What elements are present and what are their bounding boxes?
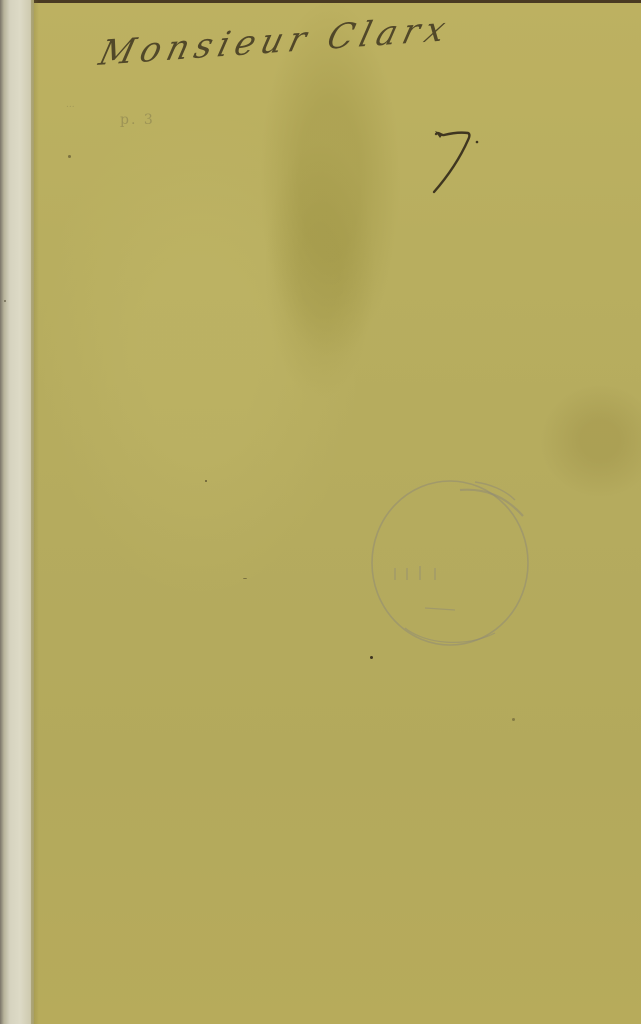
spine-strip [0, 0, 34, 1024]
paper-speck [4, 300, 6, 302]
paper-speck [68, 155, 71, 158]
paper-speck [205, 480, 207, 482]
page-background [0, 0, 641, 1024]
paper-speck [512, 718, 515, 721]
pencil-page-note: p. 3 [120, 112, 155, 128]
handwritten-volume-number: 7. [430, 118, 490, 198]
library-stamp [365, 468, 535, 653]
paper-speck [370, 656, 373, 659]
pencil-mark: ... [66, 100, 75, 110]
spine-shadow [31, 0, 39, 1024]
top-edge [0, 0, 641, 3]
paper-speck [243, 578, 247, 579]
